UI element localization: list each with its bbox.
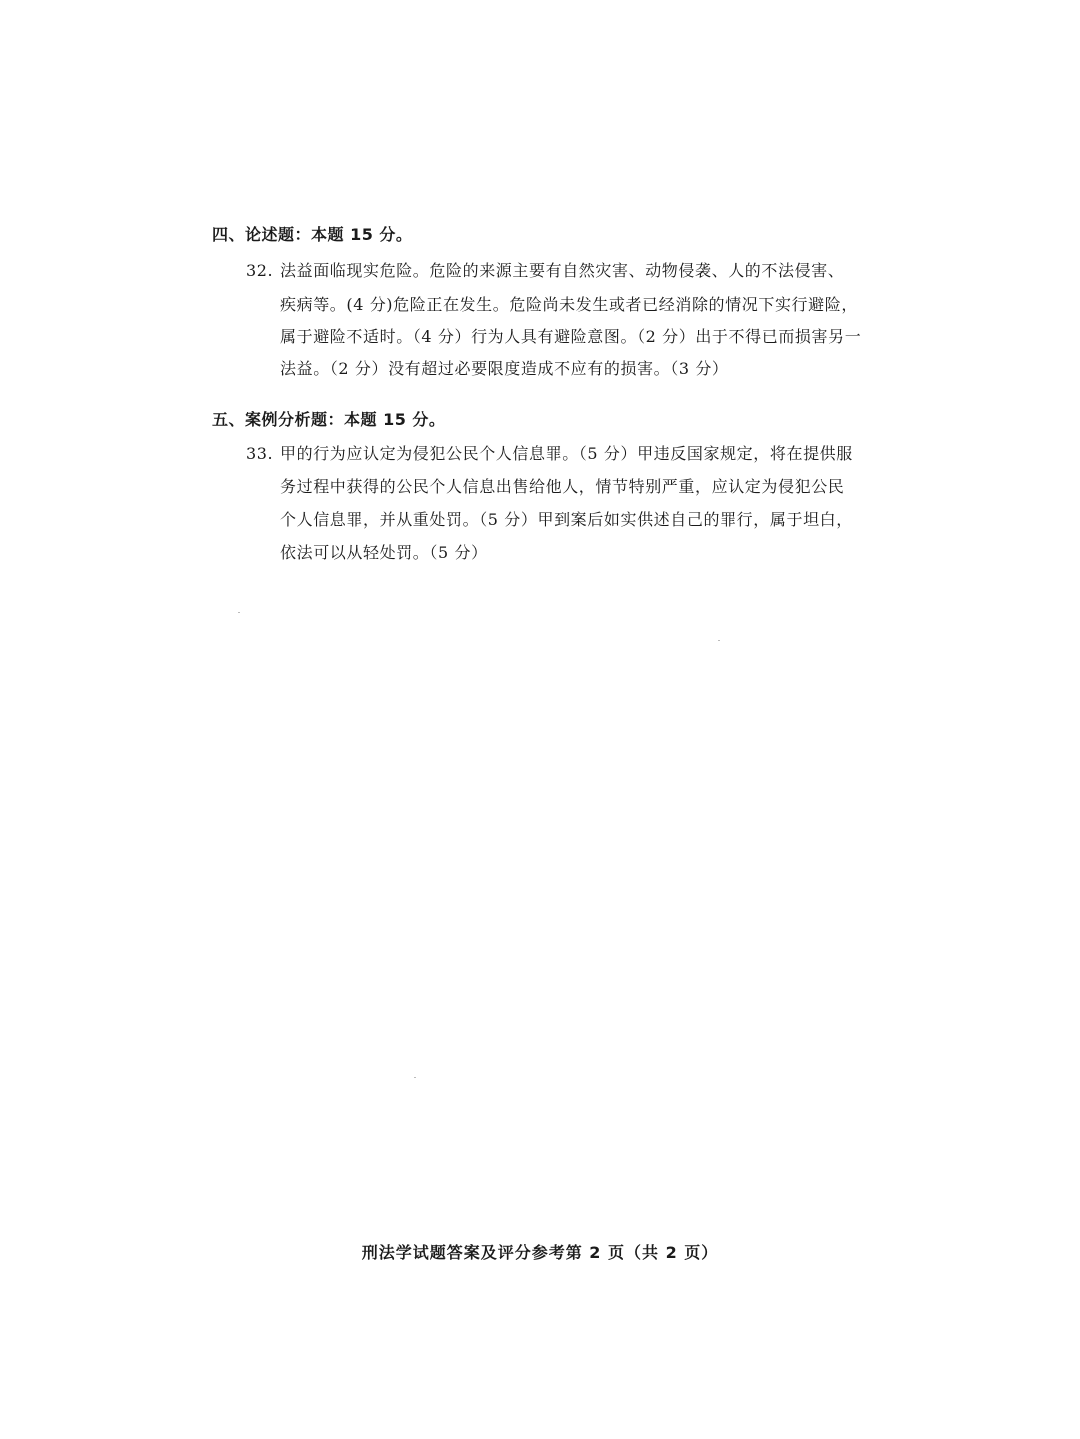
scan-speck — [238, 612, 240, 613]
scan-speck — [718, 640, 720, 641]
answer-32-line-3: 属于避险不适时。（4 分）行为人具有避险意图。（2 分）出于不得已而损害另一 — [280, 324, 861, 347]
answer-33-line-1: 33.甲的行为应认定为侵犯公民个人信息罪。（5 分）甲违反国家规定，将在提供服 — [246, 441, 853, 464]
question-number-33: 33. — [246, 444, 280, 463]
answer-32-line-1: 32.法益面临现实危险。危险的来源主要有自然灾害、动物侵袭、人的不法侵害、 — [246, 258, 844, 281]
answer-33-line-3: 个人信息罪，并从重处罚。（5 分）甲到案后如实供述自己的罪行，属于坦白， — [280, 507, 853, 530]
page-footer: 刑法学试题答案及评分参考第 2 页（共 2 页） — [0, 1240, 1080, 1263]
answer-33-line-4: 依法可以从轻处罚。（5 分） — [280, 540, 488, 563]
document-page: 四、论述题：本题 15 分。 32.法益面临现实危险。危险的来源主要有自然灾害、… — [0, 0, 1080, 1439]
answer-33-line-2: 务过程中获得的公民个人信息出售给他人，情节特别严重，应认定为侵犯公民 — [280, 474, 844, 497]
section-heading-essay: 四、论述题：本题 15 分。 — [212, 222, 412, 245]
section-heading-case-analysis: 五、案例分析题：本题 15 分。 — [212, 407, 445, 430]
scan-speck — [414, 1077, 416, 1078]
answer-32-line-4: 法益。（2 分）没有超过必要限度造成不应有的损害。（3 分） — [280, 356, 729, 379]
question-number-32: 32. — [246, 261, 280, 280]
answer-32-line-2: 疾病等。(4 分)危险正在发生。危险尚未发生或者已经消除的情况下实行避险， — [280, 292, 858, 315]
